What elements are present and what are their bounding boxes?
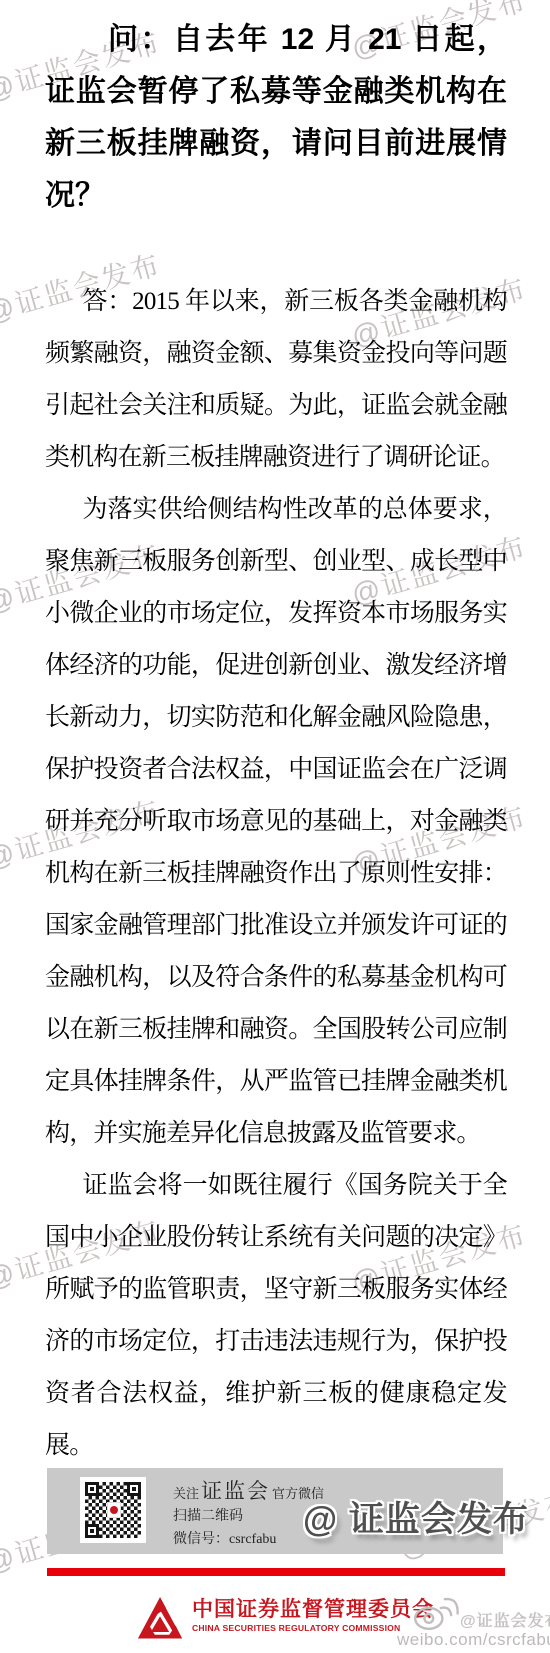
org-name-cn: 中国证券监督管理委员会 (192, 1598, 434, 1622)
scan-hint: 扫描二维码 (173, 1507, 324, 1527)
red-divider-line (47, 1568, 505, 1576)
weibo-handle-badge: @ 证监会发布 (303, 1492, 529, 1542)
announcement-page: @证监会发布 @证监会发布 @证监会发布 @证监会发布 @证监会发布 @证监会发… (0, 0, 550, 1653)
qr-code-icon (80, 1477, 146, 1543)
org-footer: 中国证券监督管理委员会 CHINA SECURITIES REGULATORY … (0, 1588, 550, 1653)
weibo-watermark-url: weibo.com/csrcfabu (397, 1630, 550, 1650)
wechat-account: 微信号：csrcfabu (173, 1530, 324, 1550)
question-text: 问：自去年 12 月 21 日起，证监会暂停了私募等金融类机构在新三板挂牌融资，… (45, 14, 507, 222)
brand-name: 证监会 (201, 1479, 270, 1503)
qr-center-logo-icon (107, 1502, 121, 1518)
qr-finder-icon (85, 1524, 99, 1538)
qr-pattern (85, 1482, 141, 1538)
answer-paragraph: 为落实供给侧结构性改革的总体要求，聚焦新三板服务创新型、创业型、成长型中小微企业… (45, 484, 507, 1160)
answer-paragraph: 答：2015 年以来，新三板各类金融机构频繁融资，融资金额、募集资金投向等问题引… (45, 276, 507, 484)
csrc-logo-icon (137, 1596, 183, 1646)
follow-prefix: 关注 (173, 1486, 199, 1501)
weibo-watermark-handle: @证监会发布 (460, 1608, 550, 1631)
answer-paragraph: 证监会将一如既往履行《国务院关于全国中小企业股份转让系统有关问题的决定》所赋予的… (45, 1160, 507, 1472)
qa-content: 问：自去年 12 月 21 日起，证监会暂停了私募等金融类机构在新三板挂牌融资，… (45, 14, 507, 1472)
wechat-promo-box: 关注证监会官方微信 扫描二维码 微信号：csrcfabu @ 证监会发布 (47, 1468, 503, 1554)
qr-finder-icon (85, 1482, 99, 1496)
qr-finder-icon (127, 1482, 141, 1496)
weibo-eye-icon (412, 1592, 460, 1632)
wechat-info: 关注证监会官方微信 扫描二维码 微信号：csrcfabu (173, 1481, 324, 1550)
org-names: 中国证券监督管理委员会 CHINA SECURITIES REGULATORY … (192, 1598, 434, 1633)
wechat-follow-line: 关注证监会官方微信 (173, 1481, 324, 1504)
